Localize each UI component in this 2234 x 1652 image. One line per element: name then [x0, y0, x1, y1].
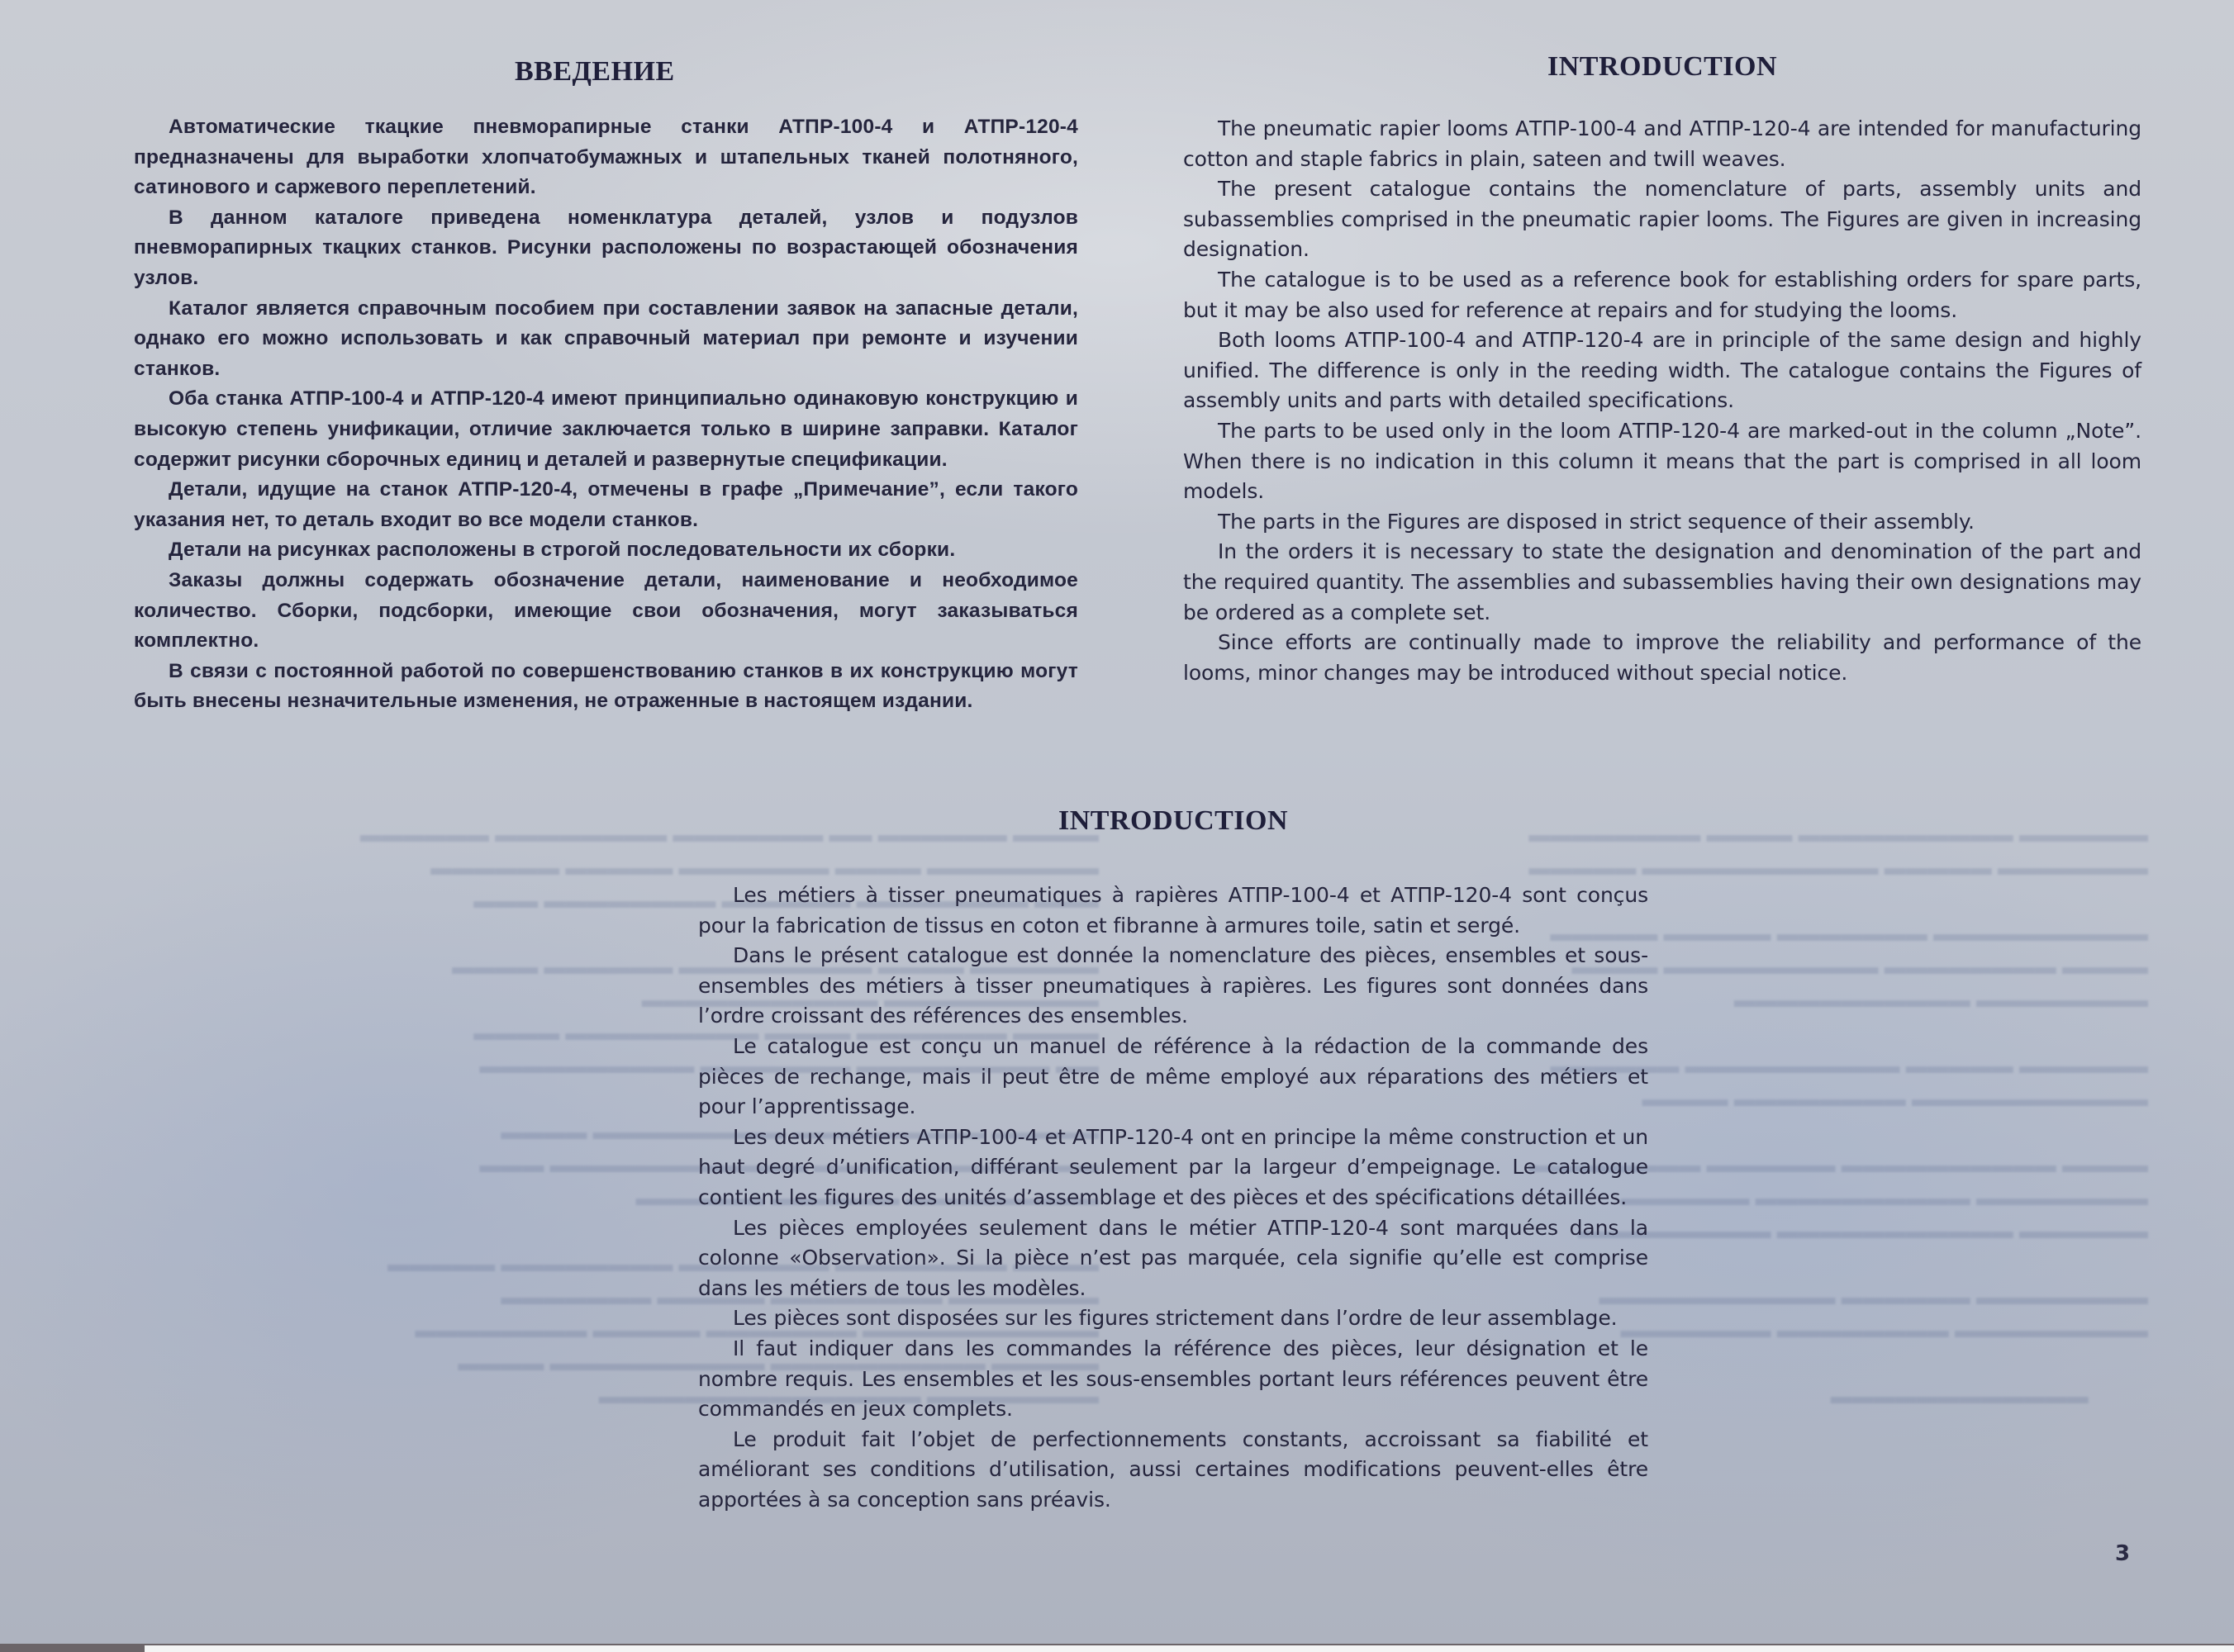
- russian-paragraph: В связи с постоянной работой по совершен…: [134, 657, 1078, 717]
- english-paragraph: The present catalogue contains the nomen…: [1183, 174, 2141, 265]
- french-paragraph: Les pièces employées seulement dans le m…: [698, 1213, 1648, 1304]
- english-paragraph: In the orders it is necessary to state t…: [1183, 537, 2141, 628]
- english-paragraph: The catalogue is to be used as a referen…: [1183, 265, 2141, 325]
- french-introduction: Les métiers à tisser pneumatiques à rapi…: [698, 881, 1648, 1515]
- english-introduction: The pneumatic rapier looms АТПР-100-4 an…: [1183, 114, 2141, 688]
- page-bottom-edge: [0, 1644, 2234, 1652]
- english-paragraph: The parts in the Figures are disposed in…: [1183, 507, 2141, 538]
- french-paragraph: Le produit fait l’objet de perfectionnem…: [698, 1425, 1648, 1516]
- french-paragraph: Les métiers à tisser pneumatiques à rapi…: [698, 881, 1648, 941]
- french-paragraph: Dans le présent catalogue est donnée la …: [698, 941, 1648, 1032]
- russian-introduction: Автоматические ткацкие пневморапирные ст…: [134, 112, 1078, 717]
- russian-paragraph: Автоматические ткацкие пневморапирные ст…: [134, 112, 1078, 203]
- french-paragraph: Il faut indiquer dans les commandes la r…: [698, 1334, 1648, 1425]
- french-paragraph: Les deux métiers АТПР-100-4 et АТПР-120-…: [698, 1123, 1648, 1213]
- catalogue-page: ▬▬▬▬ ▬▬▬▬▬▬ ▬▬ ▬▬▬▬▬▬▬ ▬▬▬▬▬▬▬▬ ▬▬▬▬▬▬ ▬…: [0, 0, 2234, 1644]
- russian-paragraph: Детали на рисунках расположены в строгой…: [134, 535, 1078, 566]
- french-paragraph: Le catalogue est conçu un manuel de réfé…: [698, 1032, 1648, 1123]
- russian-paragraph: Каталог является справочным пособием при…: [134, 294, 1078, 385]
- english-paragraph: The parts to be used only in the loom АТ…: [1183, 416, 2141, 507]
- russian-paragraph: Заказы должны содержать обозначение дета…: [134, 566, 1078, 657]
- english-paragraph: Both looms АТПР-100-4 and АТПР-120-4 are…: [1183, 325, 2141, 416]
- russian-heading: ВВЕДЕНИЕ: [515, 56, 675, 88]
- russian-paragraph: Детали, идущие на станок АТПР-120-4, отм…: [134, 475, 1078, 535]
- russian-paragraph: В данном каталоге приведена номенклатура…: [134, 203, 1078, 294]
- page-number: 3: [2115, 1541, 2130, 1566]
- next-sheet-edge: [145, 1645, 2234, 1652]
- russian-paragraph: Оба станка АТПР-100-4 и АТПР-120-4 имеют…: [134, 384, 1078, 475]
- english-heading: INTRODUCTION: [1547, 51, 1777, 83]
- english-paragraph: The pneumatic rapier looms АТПР-100-4 an…: [1183, 114, 2141, 174]
- english-paragraph: Since efforts are continually made to im…: [1183, 628, 2141, 688]
- french-paragraph: Les pièces sont disposées sur les figure…: [698, 1303, 1648, 1334]
- french-heading: INTRODUCTION: [1058, 805, 1288, 837]
